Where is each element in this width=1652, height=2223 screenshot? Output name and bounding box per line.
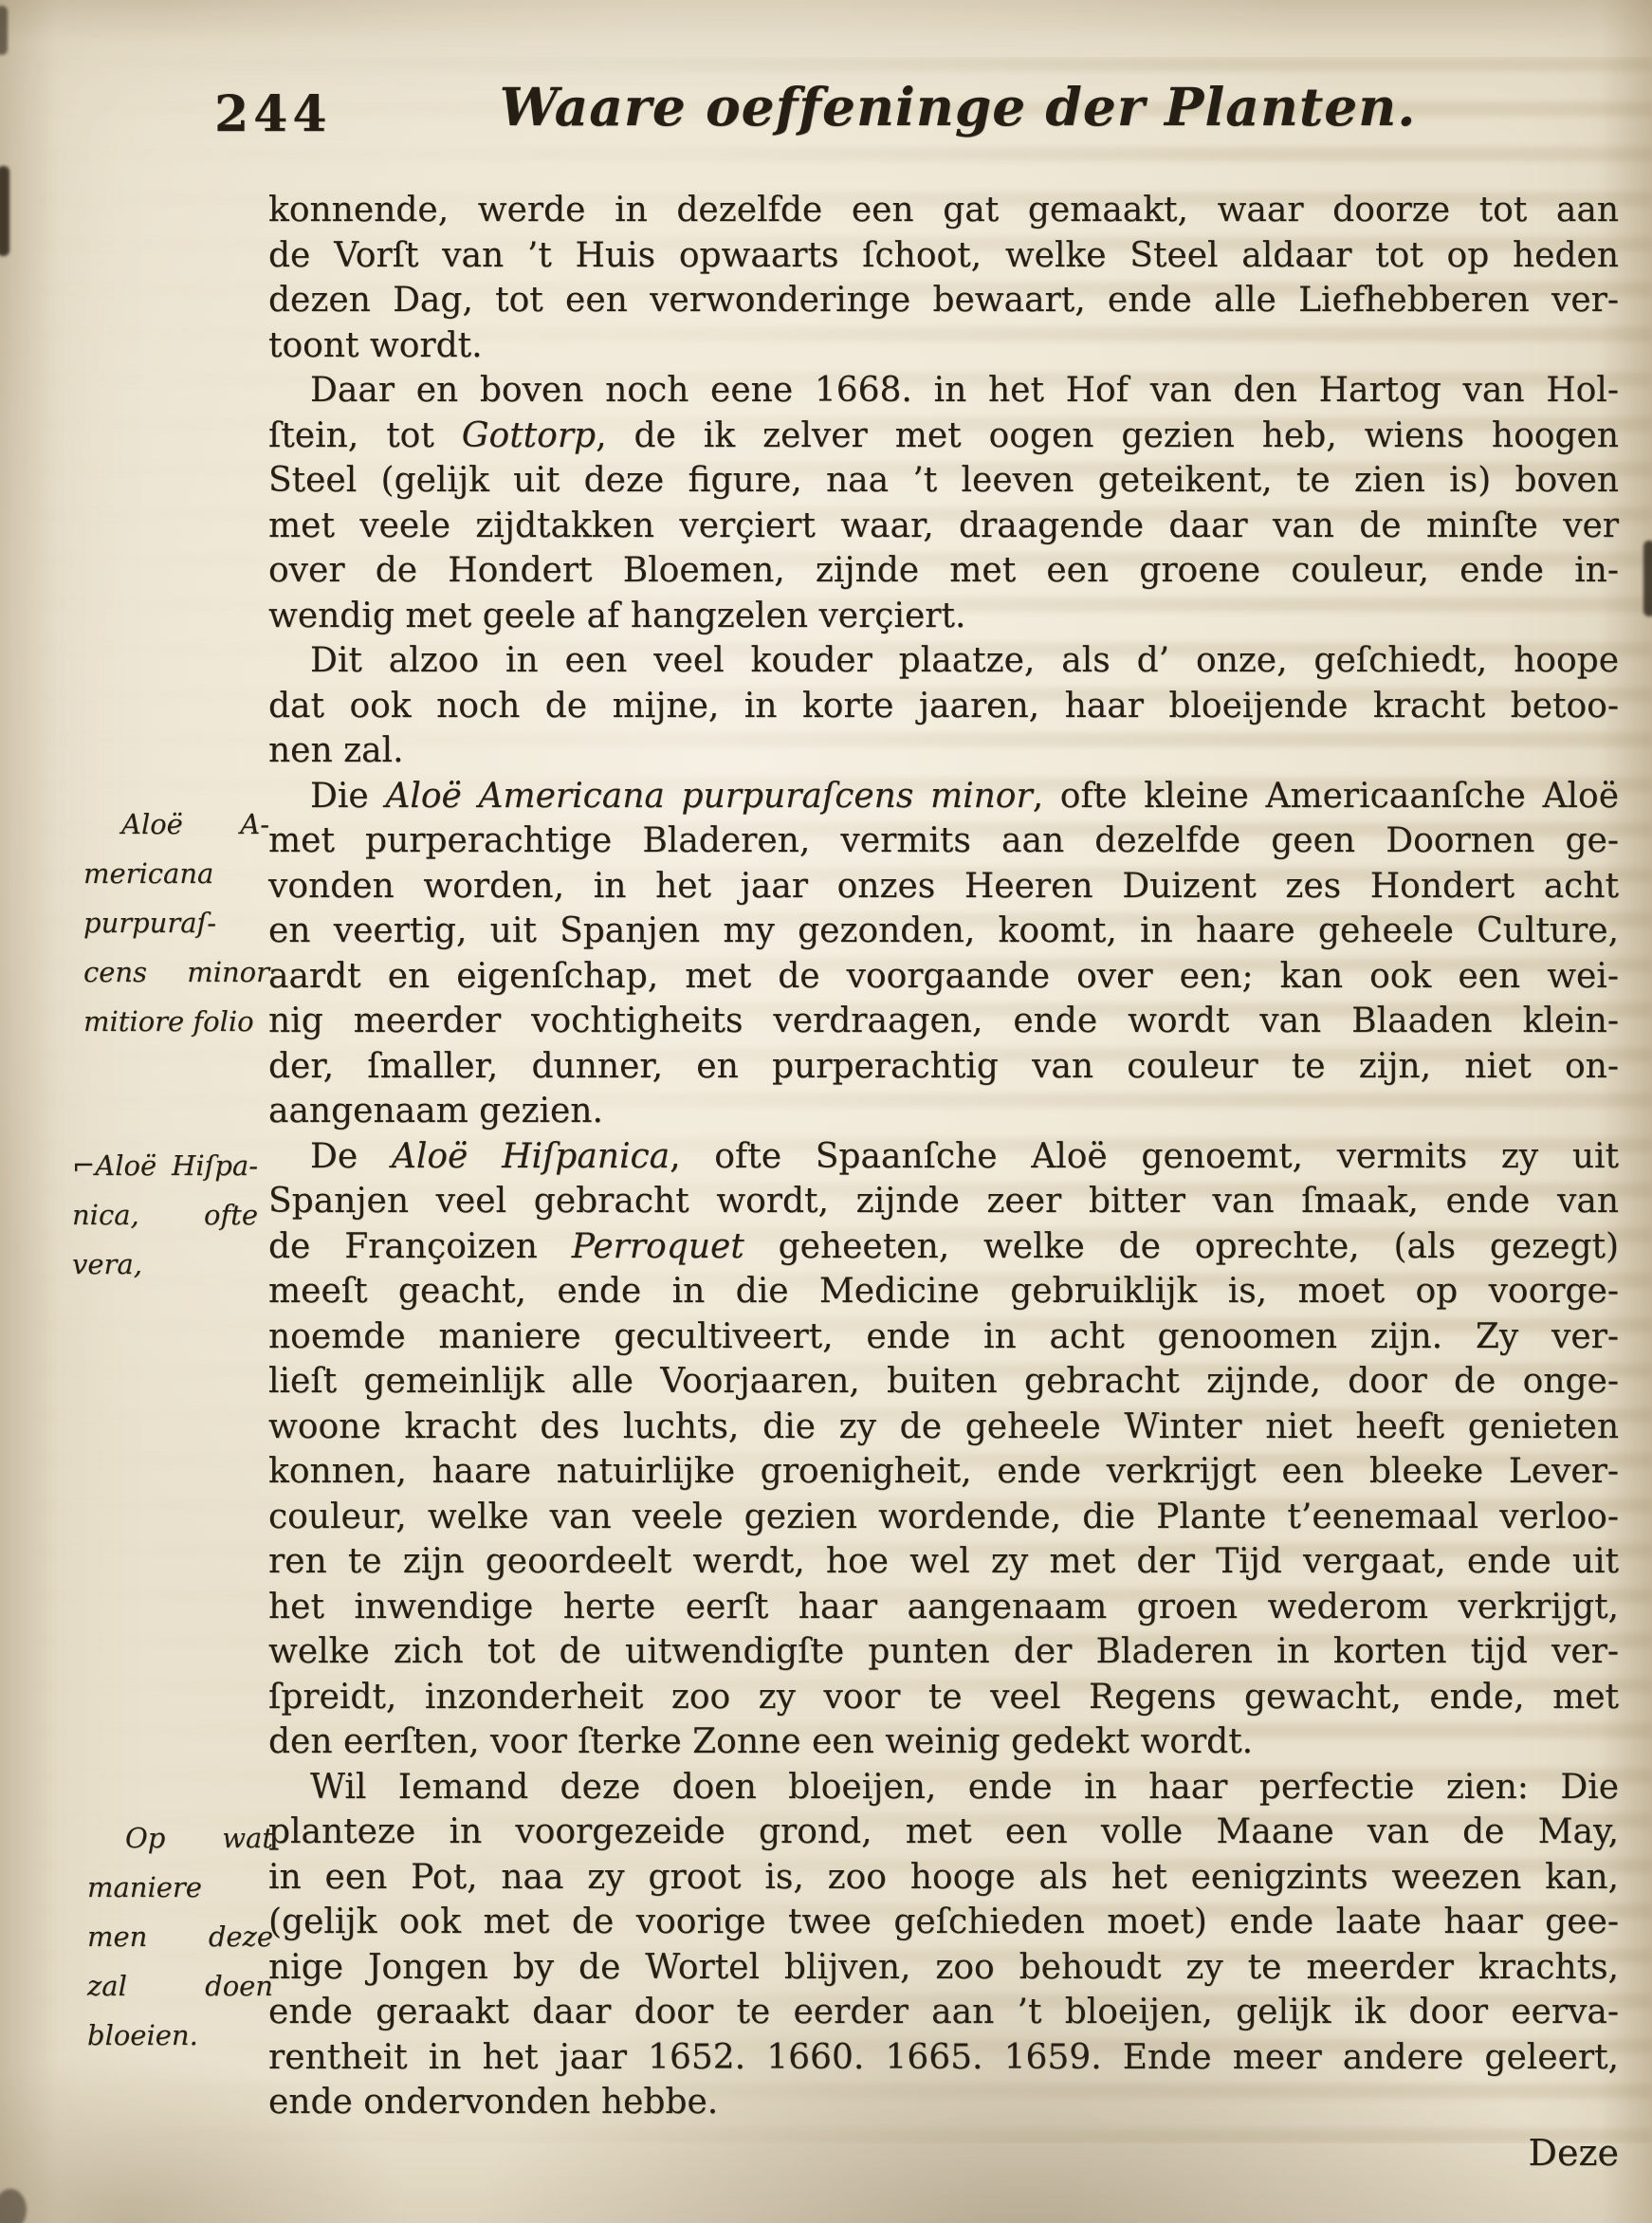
catchword: Deze (268, 2132, 1619, 2174)
body-line: Spanjen veel gebracht wordt, zijnde zeer… (268, 1179, 1619, 1224)
body-line: Die Aloë Americana purpuraſcens minor, o… (268, 774, 1619, 819)
body-line: Daar en boven noch eene 1668. in het Hof… (268, 368, 1619, 413)
margin-note: ⌐Aloë Hiſpa-nica, oftevera, (72, 1141, 258, 1289)
body-line: dat ook noch de mijne, in korte jaaren, … (268, 684, 1619, 729)
body-line: ende ondervonden hebbe. (268, 2080, 1619, 2125)
scan-artifact (0, 166, 9, 256)
margin-note: Op watmanieremen dezezal doenbloeien. (87, 1813, 273, 2060)
body-line: en veertig, uit Spanjen my gezonden, koo… (268, 909, 1619, 954)
body-line: De Aloë Hiſpanica, ofte Spaanſche Aloë g… (268, 1134, 1619, 1180)
body-line: ren te zijn geoordeelt werdt, hoe wel zy… (268, 1539, 1619, 1585)
margin-note-line: Op wat (87, 1813, 273, 1863)
body-line: konnende, werde in dezelfde een gat gema… (268, 188, 1619, 233)
paragraph: Dit alzoo in een veel kouder plaatze, al… (268, 638, 1619, 774)
paragraph: Daar en boven noch eene 1668. in het Hof… (268, 368, 1619, 638)
body-line: in een Pot, naa zy groot is, zoo hooge a… (268, 1855, 1619, 1901)
body-text: konnende, werde in dezelfde een gat gema… (268, 188, 1619, 2125)
body-line: ſtein, tot Gottorp, de ik zelver met oog… (268, 413, 1619, 459)
body-line: met veele zijdtakken verçiert waar, draa… (268, 504, 1619, 549)
margin-note-line: zal doen (87, 1961, 273, 2011)
body-line: noemde maniere gecultiveert, ende in ach… (268, 1314, 1619, 1360)
body-line: ſpreidt, inzonderheit zoo zy voor te vee… (268, 1675, 1619, 1720)
body-line: meeſt geacht, ende in die Medicine gebru… (268, 1269, 1619, 1314)
body-line: vonden worden, in het jaar onzes Heeren … (268, 864, 1619, 909)
paragraph: konnende, werde in dezelfde een gat gema… (268, 188, 1619, 368)
body-line: de Françoizen Perroquet geheeten, welke … (268, 1224, 1619, 1270)
body-line: lieſt gemeinlijk alle Voorjaaren, buiten… (268, 1359, 1619, 1405)
body-line: het inwendige herte eerſt haar aangenaam… (268, 1585, 1619, 1630)
margin-note-line: ⌐Aloë Hiſpa- (72, 1141, 258, 1190)
margin-note-line: nica, ofte (72, 1190, 258, 1240)
body-line: met purperachtige Bladeren, vermits aan … (268, 818, 1619, 864)
body-line: aardt en eigenſchap, met de voorgaande o… (268, 954, 1619, 1000)
body-line: wendig met geele af hangzelen verçiert. (268, 594, 1619, 639)
margin-note: Aloë A-mericanapurpuraſ-cens minormitior… (83, 799, 269, 1046)
body-line: nige Jongen by de Wortel blijven, zoo be… (268, 1945, 1619, 1991)
margin-note-line: bloeien. (87, 2011, 273, 2060)
margin-note-line: mitiore folio (83, 997, 269, 1046)
body-line: Wil Iemand deze doen bloeijen, ende in h… (268, 1765, 1619, 1810)
running-header: Waare oeffeninge der Planten. (285, 76, 1631, 138)
body-line: woone kracht des luchts, die zy de gehee… (268, 1405, 1619, 1450)
body-line: de Vorſt van ’t Huis opwaarts ſchoot, we… (268, 233, 1619, 279)
paragraph: Wil Iemand deze doen bloeijen, ende in h… (268, 1765, 1619, 2125)
margin-note-line: vera, (72, 1240, 258, 1289)
scan-artifact (0, 2189, 27, 2223)
paragraph: De Aloë Hiſpanica, ofte Spaanſche Aloë g… (268, 1134, 1619, 1765)
body-line: nen zal. (268, 728, 1619, 774)
paragraph: Die Aloë Americana purpuraſcens minor, o… (268, 774, 1619, 1134)
scan-artifact (0, 6, 8, 55)
margin-note-line: purpuraſ- (83, 898, 269, 947)
margin-note-line: Aloë A- (83, 799, 269, 849)
body-line: welke zich tot de uitwendigſte punten de… (268, 1629, 1619, 1675)
scan-artifact (1643, 541, 1652, 616)
margin-note-line: mericana (83, 849, 269, 898)
body-line: ende geraakt daar door te eerder aan ’t … (268, 1990, 1619, 2035)
margin-note-line: cens minor (83, 947, 269, 997)
body-line: rentheit in het jaar 1652. 1660. 1665. 1… (268, 2035, 1619, 2081)
body-line: nig meerder vochtigheits verdraagen, end… (268, 999, 1619, 1044)
body-line: planteze in voorgezeide grond, met een v… (268, 1810, 1619, 1855)
body-line: konnen, haare natuirlijke groenigheit, e… (268, 1449, 1619, 1495)
body-line: dezen Dag, tot een verwonderinge bewaart… (268, 278, 1619, 323)
body-line: den eerſten, voor ſterke Zonne een weini… (268, 1719, 1619, 1765)
body-line: aangenaam gezien. (268, 1089, 1619, 1134)
body-line: toont wordt. (268, 323, 1619, 369)
body-line: couleur, welke van veele gezien wordende… (268, 1495, 1619, 1540)
margin-note-line: maniere (87, 1863, 273, 1912)
margin-note-line: men deze (87, 1912, 273, 1961)
body-line: over de Hondert Bloemen, zijnde met een … (268, 548, 1619, 594)
book-page: 244 Waare oeffeninge der Planten. Aloë A… (0, 0, 1652, 2223)
body-line: (gelijk ook met de voorige twee geſchied… (268, 1900, 1619, 1945)
body-line: Dit alzoo in een veel kouder plaatze, al… (268, 638, 1619, 684)
body-line: Steel (gelijk uit deze figure, naa ’t le… (268, 458, 1619, 504)
body-line: der, ſmaller, dunner, en purperachtig va… (268, 1044, 1619, 1090)
